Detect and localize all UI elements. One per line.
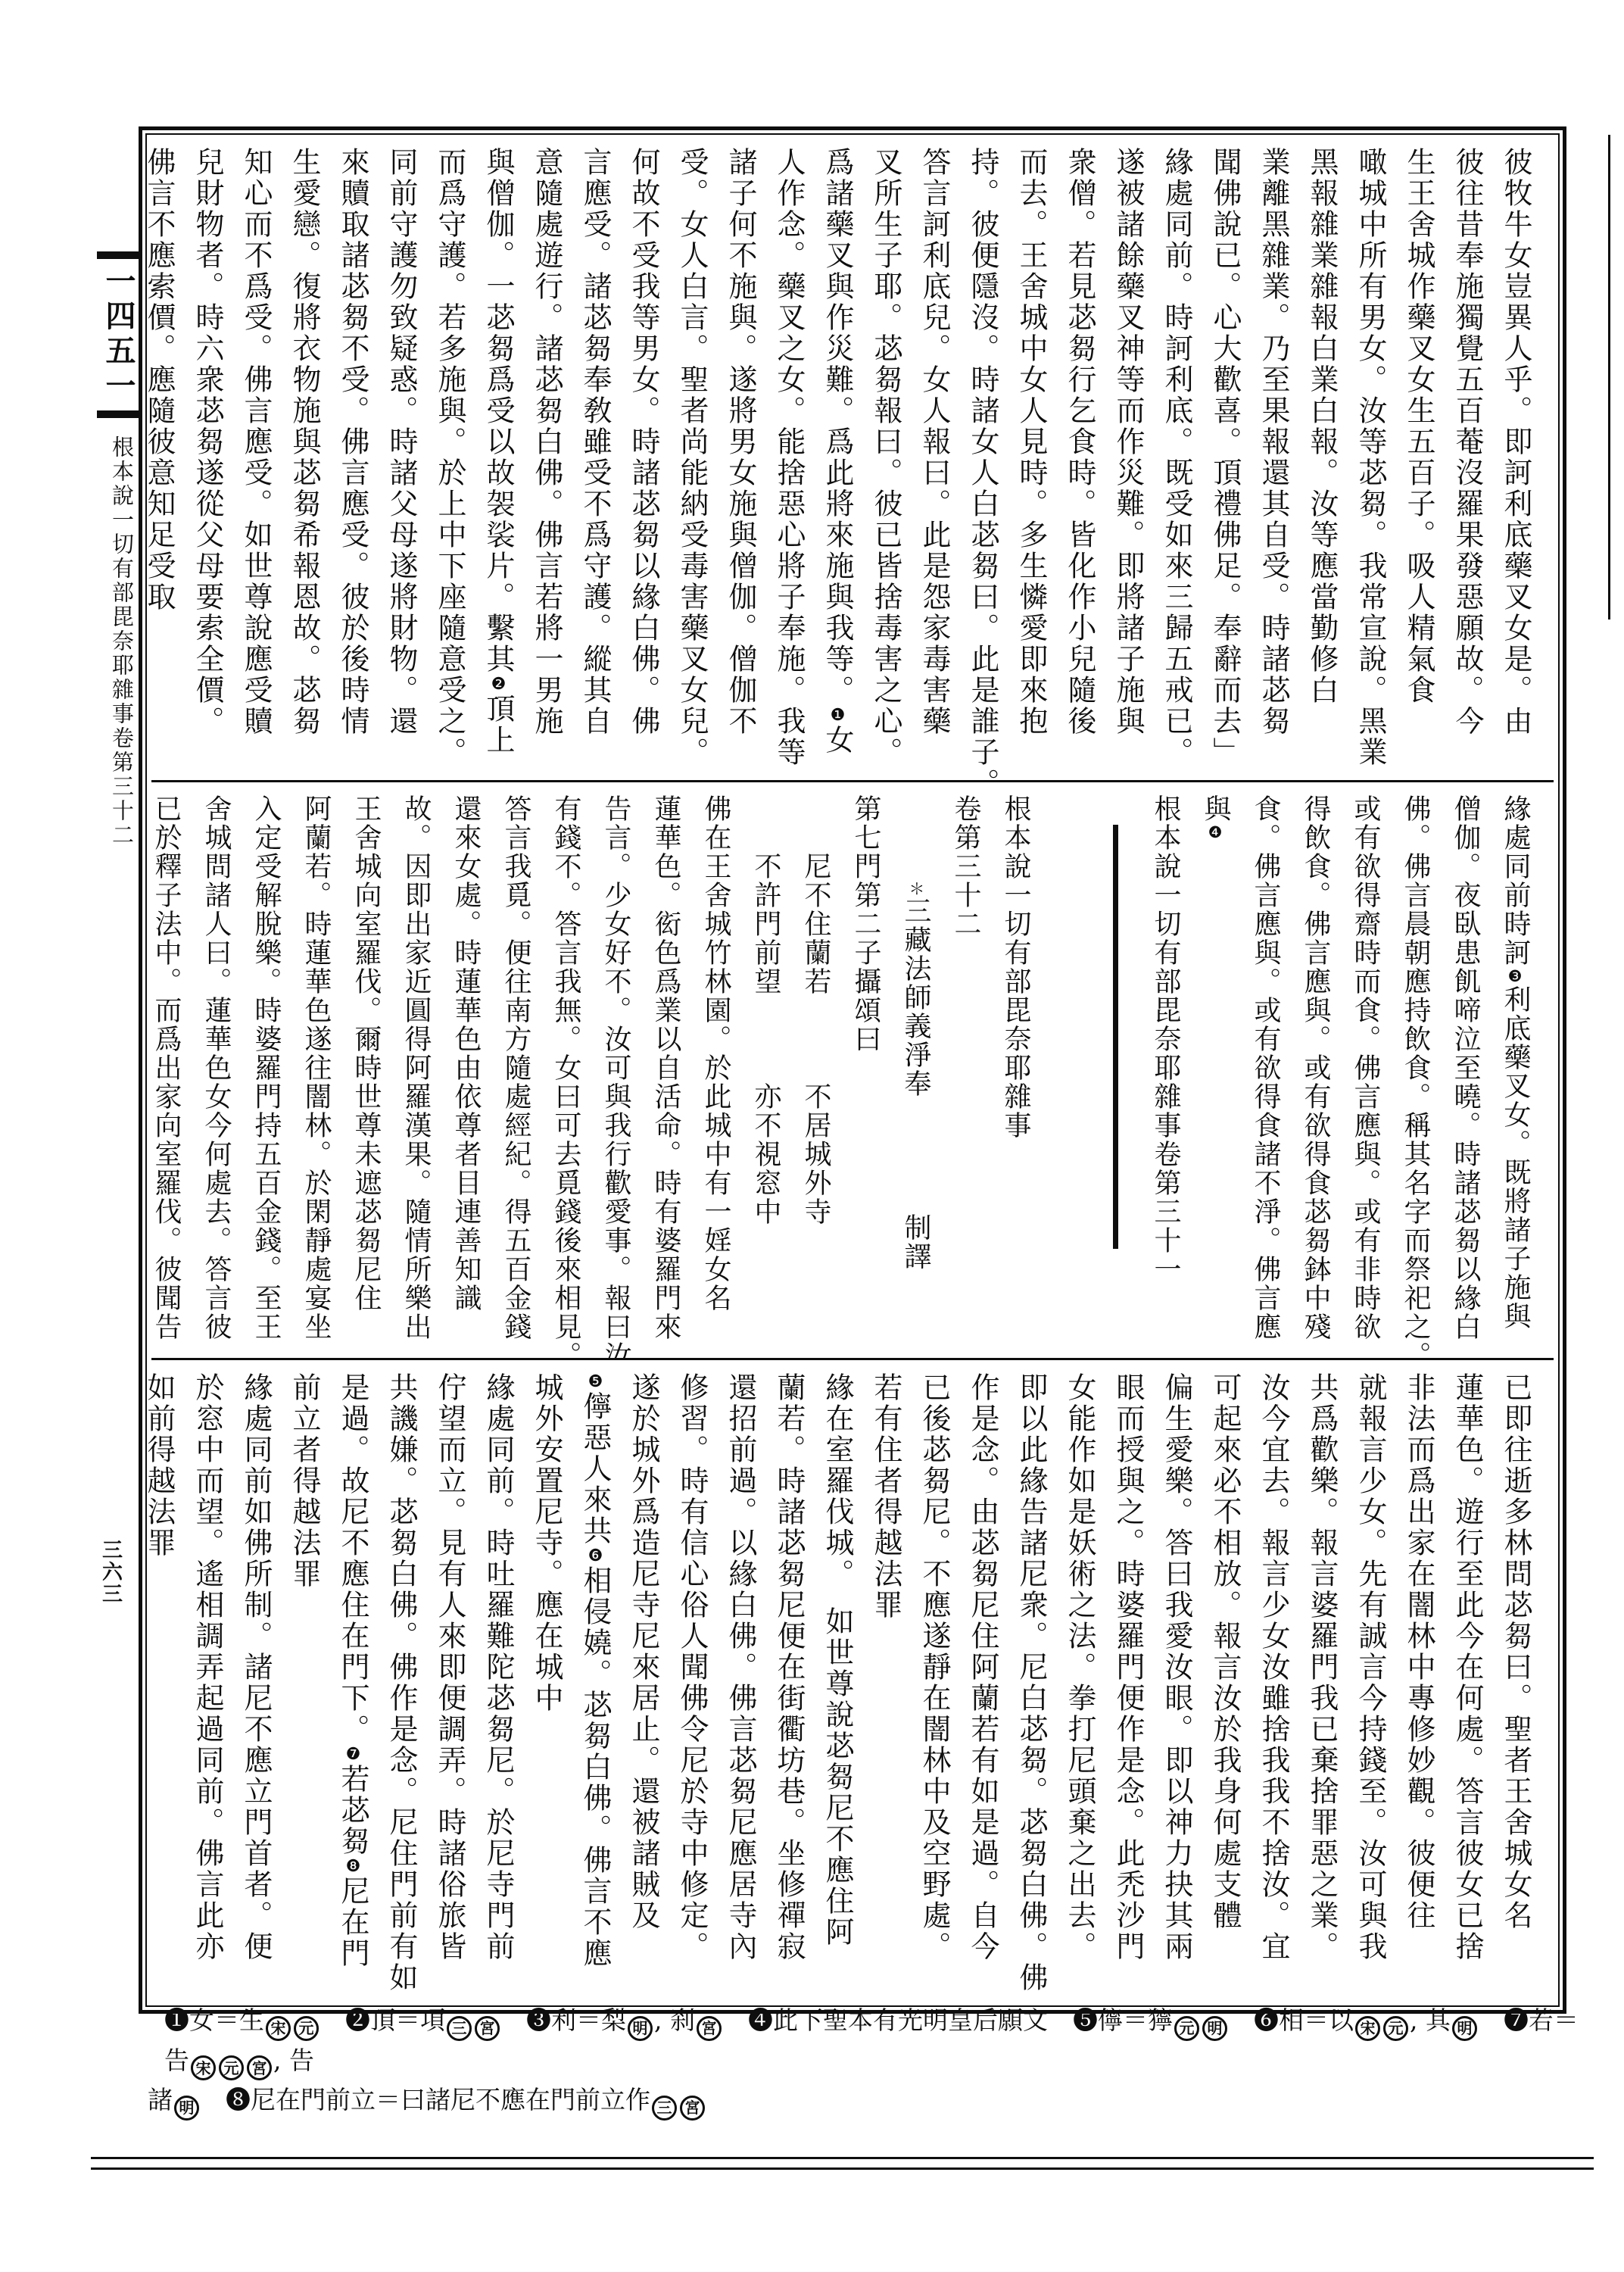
apparatus-line-1: ❶女＝生宋元 ❷頂＝項三宮 ❸利＝梨明, 刹宮 ❹此下聖本有光明皇后願文 ❺儜＝… bbox=[148, 2001, 1601, 2080]
column-text: 蓮華色。衒色爲業以自活命。時有婆羅門來 bbox=[652, 794, 679, 1341]
text-column: 得飲食。佛言應與。或有欲得食苾芻鉢中殘 bbox=[1290, 794, 1340, 1346]
text-column: 黑報雜業雜報白業白報。汝等應當勤修白 bbox=[1298, 147, 1346, 768]
text-column: 人作念。藥叉之女。能捨惡心將子奉施。我等 bbox=[765, 147, 813, 768]
folio-number: 三六三 bbox=[95, 1539, 125, 1605]
column-text: 若有住者得越法罪 bbox=[871, 1372, 900, 1621]
column-text: 緣處同前。時訶利底。既受如來三歸五戒已。 bbox=[1162, 147, 1191, 768]
text-column: 即以此緣告諸尼衆。尼白苾芻。苾芻白佛。佛 bbox=[1007, 1372, 1055, 1993]
text-column: 諸子何不施與。遂將男女施與僧伽。僧伽不 bbox=[716, 147, 765, 768]
text-column: ＊三藏法師義淨奉 制譯 bbox=[890, 794, 940, 1346]
edition-siglum: 三 bbox=[652, 2096, 677, 2121]
text-column: 答言我覓。便往南方隨處經紀。得五百金錢 bbox=[491, 794, 541, 1346]
text-block-frame: 彼牧牛女豈異人乎。即訶利底藥叉女是。由彼往昔奉施獨覺五百菴沒羅果發惡願故。今生王… bbox=[139, 126, 1566, 2014]
column-text: 尼不住蘭若 不居城外寺 bbox=[802, 794, 829, 1226]
column-text: 答言我覓。便往南方隨處經紀。得五百金錢 bbox=[502, 794, 529, 1341]
column-text: 來贖取諸苾芻不受。佛言應受。彼於後時情 bbox=[338, 147, 367, 737]
text-column: 噉城中所有男女。汝等苾芻。我常宣說。黑業 bbox=[1346, 147, 1395, 768]
text-column: 而爲守護。若多施與。於上中下座隨意受之。 bbox=[425, 147, 474, 768]
column-text: 王舍城向室羅伐。爾時世尊未遮苾芻尼住 bbox=[352, 794, 379, 1312]
text-column: 遂於城外爲造尼寺尼來居止。還被諸賊及 bbox=[619, 1372, 668, 1993]
text-column: 還招前過。以緣白佛。佛言苾芻尼應居寺內 bbox=[716, 1372, 765, 1993]
column-text: 第七門第二子攝頌曰 bbox=[852, 794, 879, 1053]
edition-siglum: 元 bbox=[1174, 2016, 1199, 2041]
text-column: 城外安置尼寺。應在城中 bbox=[522, 1372, 571, 1993]
column-text: 作是念。由苾芻尼住阿蘭若有如是過。自今 bbox=[968, 1372, 997, 1962]
text-column: 蘭若。時諸苾芻尼便在街衢坊巷。坐修禪寂 bbox=[765, 1372, 813, 1993]
bottom-register: 已即往逝多林問苾芻曰。聖者王舍城女名蓮華色。遊行至此今在何處。答言彼女已捨非法而… bbox=[147, 1360, 1558, 2005]
text-column: ❺儜惡人來共❻相侵嬈。苾芻白佛。佛言不應 bbox=[571, 1372, 619, 1993]
text-column: 可起來必不相放。報言汝於我身何處支體 bbox=[1201, 1372, 1249, 1993]
text-column: 有錢不。答言我無。女曰可去覓錢後來相見。 bbox=[541, 794, 591, 1346]
text-column: 僧伽。夜臥患飢啼泣至曉。時諸苾芻以緣白 bbox=[1440, 794, 1490, 1346]
column-text: 佇望而立。見有人來即便調弄。時諸俗旅皆 bbox=[435, 1372, 464, 1962]
text-column: 修習。時有信心俗人聞佛令尼於寺中修定。 bbox=[668, 1372, 716, 1993]
text-column: 前立者得越法罪 bbox=[280, 1372, 329, 1993]
column-text: 業離黑雜業。乃至果報還其自受。時諸苾芻 bbox=[1259, 147, 1288, 737]
edition-siglum: 三 bbox=[447, 2016, 472, 2041]
critical-apparatus: ❶女＝生宋元 ❷頂＝項三宮 ❸利＝梨明, 刹宮 ❹此下聖本有光明皇后願文 ❺儜＝… bbox=[148, 2001, 1601, 2121]
edition-siglum: 明 bbox=[174, 2096, 199, 2121]
text-column: 還來女處。時蓮華色由依尊者目連善知識 bbox=[441, 794, 491, 1346]
blank-column bbox=[1040, 794, 1090, 1346]
column-text: 而爲守護。若多施與。於上中下座隨意受之。 bbox=[435, 147, 464, 768]
text-column: 與僧伽。一苾芻爲受以故袈裟片。繫其❷頂上 bbox=[474, 147, 522, 768]
column-text: ❺儜惡人來共❻相侵嬈。苾芻白佛。佛言不應 bbox=[581, 1372, 609, 1969]
text-column: 入定受解脫樂。時婆羅門持五百金錢。至王 bbox=[241, 794, 291, 1346]
column-text: 得飲食。佛言應與。或有欲得食苾芻鉢中殘 bbox=[1301, 794, 1329, 1341]
footnote-marker: ❺ bbox=[586, 1372, 605, 1391]
column-text: 佛。佛言晨朝應持飲食。稱其名字而祭祀之。 bbox=[1401, 794, 1429, 1358]
column-text: 生王舍城作藥叉女生五百子。吸人精氣食 bbox=[1404, 147, 1433, 706]
text-column: 根本說一切有部毘奈耶雜事 bbox=[990, 794, 1040, 1346]
column-text: 告言。少女好不。汝可與我行歡愛事。報曰汝 bbox=[602, 794, 629, 1358]
text-column: 汝今宜去。報言少女汝雖捨我我不捨汝。宜 bbox=[1249, 1372, 1298, 1993]
text-column: 是過。故尼不應住在門下。❼若苾芻❽尼在門 bbox=[329, 1372, 377, 1993]
column-text: 不許門前望 亦不視窓中 bbox=[752, 794, 779, 1226]
scanned-sutra-page: 一四五一 根本說一切有部毘奈耶雜事卷第三十二 三六三 彼牧牛女豈異人乎。即訶利底… bbox=[0, 0, 1624, 2272]
column-text: 與僧伽。一苾芻爲受以故袈裟片。繫其❷頂上 bbox=[484, 147, 513, 756]
column-text: 知心而不爲受。佛言應受。如世尊說應受贖 bbox=[242, 147, 270, 737]
footnote-marker: ❹ bbox=[1206, 823, 1224, 841]
text-column: 共譏嫌。苾芻白佛。佛作是念。尼住門前有如 bbox=[377, 1372, 425, 1993]
column-text: 佛言不應索價。應隨彼意知足受取 bbox=[147, 147, 173, 613]
text-column: 佛。佛言晨朝應持飲食。稱其名字而祭祀之。 bbox=[1390, 794, 1440, 1346]
text-column: 爲諸藥叉與作災難。爲此將來施與我等。❶女 bbox=[813, 147, 862, 768]
column-text: 叉所生子耶。苾芻報曰。彼已皆捨毒害之心。 bbox=[871, 147, 900, 768]
column-text: 遂被諸餘藥叉神等而作災難。即將諸子施與 bbox=[1114, 147, 1142, 737]
column-text: 或有欲得齋時而食。佛言應與。或有非時欲 bbox=[1351, 794, 1379, 1341]
column-text: 舍城問諸人曰。蓮華色女今何處去。答言彼 bbox=[202, 794, 229, 1341]
text-column: 非法而爲出家在闇林中專修妙觀。彼便往 bbox=[1395, 1372, 1443, 1993]
text-column: 叉所生子耶。苾芻報曰。彼已皆捨毒害之心。 bbox=[862, 147, 910, 768]
margin-series-title: 根本說一切有部毘奈耶雜事卷第三十二 bbox=[107, 435, 138, 847]
text-column: 告言。少女好不。汝可與我行歡愛事。報曰汝 bbox=[591, 794, 641, 1346]
edition-siglum: 宋 bbox=[266, 2016, 291, 2041]
text-column: 共爲歡樂。報言婆羅門我已棄捨罪惡之業。 bbox=[1298, 1372, 1346, 1993]
text-column: 何故不受我等男女。時諸苾芻以緣白佛。佛 bbox=[619, 147, 668, 768]
column-text: 受。女人白言。聖者尚能納受毒害藥叉女兒。 bbox=[678, 147, 706, 768]
column-text: 共爲歡樂。報言婆羅門我已棄捨罪惡之業。 bbox=[1308, 1372, 1336, 1962]
column-text: 衆僧。若見苾芻行乞食時。皆化作小兒隨後 bbox=[1065, 147, 1094, 737]
column-text: 黑報雜業雜報白業白報。汝等應當勤修白 bbox=[1308, 147, 1336, 706]
text-column: 答言訶利底兒。女人報曰。此是怨家毒害藥 bbox=[910, 147, 959, 768]
column-text: 眼而授與之。時婆羅門便作是念。此禿沙門 bbox=[1114, 1372, 1142, 1962]
column-text: 噉城中所有男女。汝等苾芻。我常宣說。黑業 bbox=[1356, 147, 1385, 768]
text-column: 緣處同前時訶❸利底藥叉女。既將諸子施與 bbox=[1490, 794, 1540, 1346]
column-text: 緣處同前。時吐羅難陀苾芻尼。於尼寺門前 bbox=[484, 1372, 513, 1962]
column-text: 爲諸藥叉與作災難。爲此將來施與我等。❶女 bbox=[823, 147, 852, 756]
text-column: 生王舍城作藥叉女生五百子。吸人精氣食 bbox=[1395, 147, 1443, 768]
text-column: 受。女人白言。聖者尚能納受毒害藥叉女兒。 bbox=[668, 147, 716, 768]
column-text: 阿蘭若。時蓮華色遂往闇林。於閑靜處宴坐 bbox=[302, 794, 329, 1341]
edition-siglum: 宮 bbox=[697, 2016, 722, 2041]
column-text: 非法而爲出家在闇林中專修妙觀。彼便往 bbox=[1404, 1372, 1433, 1931]
text-column: 或有欲得齋時而食。佛言應與。或有非時欲 bbox=[1340, 794, 1390, 1346]
text-column: 故。因即出家近圓得阿羅漢果。隨情所樂出 bbox=[391, 794, 441, 1346]
bottom-rule bbox=[91, 2157, 1594, 2159]
edition-siglum: 宮 bbox=[680, 2096, 705, 2121]
column-text: 前立者得越法罪 bbox=[290, 1372, 319, 1590]
text-column: 緣處同前。時吐羅難陀苾芻尼。於尼寺門前 bbox=[474, 1372, 522, 1993]
bottom-rule bbox=[91, 2167, 1594, 2170]
column-text: 還招前過。以緣白佛。佛言苾芻尼應居寺內 bbox=[726, 1372, 755, 1962]
text-column: 彼往昔奉施獨覺五百菴沒羅果發惡願故。今 bbox=[1443, 147, 1492, 768]
text-column: 根本說一切有部毘奈耶雜事卷第三十一 bbox=[1140, 794, 1190, 1346]
column-text: 已後苾芻尼。不應遂靜在闇林中及空野處。 bbox=[920, 1372, 949, 1962]
text-column: 業離黑雜業。乃至果報還其自受。時諸苾芻 bbox=[1249, 147, 1298, 768]
column-text: 是過。故尼不應住在門下。❼若苾芻❽尼在門 bbox=[338, 1372, 367, 1969]
column-text: 遂於城外爲造尼寺尼來居止。還被諸賊及 bbox=[629, 1372, 658, 1931]
column-text: 諸子何不施與。遂將男女施與僧伽。僧伽不 bbox=[726, 147, 755, 737]
footnote-marker: ❽ bbox=[344, 1857, 363, 1876]
text-column: 知心而不爲受。佛言應受。如世尊說應受贖 bbox=[232, 147, 280, 768]
edition-siglum: 明 bbox=[1452, 2016, 1477, 2041]
text-column: 阿蘭若。時蓮華色遂往闇林。於閑靜處宴坐 bbox=[291, 794, 341, 1346]
text-column: 如前得越法罪 bbox=[147, 1372, 183, 1993]
column-text: 而去。王舍城中女人見時。多生憐愛即來抱 bbox=[1017, 147, 1046, 737]
column-text: 兒財物者。時六衆苾芻遂從父母要索全價。 bbox=[193, 147, 222, 737]
column-text: 偏生愛樂。答曰我愛汝眼。即以神力抉其兩 bbox=[1162, 1372, 1191, 1962]
column-text: 汝今宜去。報言少女汝雖捨我我不捨汝。宜 bbox=[1259, 1372, 1288, 1962]
column-text: 何故不受我等男女。時諸苾芻以緣白佛。佛 bbox=[629, 147, 658, 737]
text-column: 遂被諸餘藥叉神等而作災難。即將諸子施與 bbox=[1104, 147, 1152, 768]
apparatus-line-2: 諸明 ❽尼在門前立＝曰諸尼不應在門前立作三宮 bbox=[148, 2080, 1601, 2121]
column-text: 生愛戀。復將衣物施與苾芻希報恩故。苾芻 bbox=[290, 147, 319, 737]
footnote-marker: ❸ bbox=[1506, 967, 1524, 985]
column-text: 根本說一切有部毘奈耶雜事 bbox=[1002, 794, 1029, 1140]
column-text: 即以此緣告諸尼衆。尼白苾芻。苾芻白佛。佛 bbox=[1017, 1372, 1046, 1993]
text-column: 意隨處遊行。諸苾芻白佛。佛言若將一男施 bbox=[522, 147, 571, 768]
edition-siglum: 元 bbox=[1383, 2016, 1408, 2041]
footnote-marker: ❻ bbox=[586, 1546, 605, 1565]
column-text: 蘭若。時諸苾芻尼便在街衢坊巷。坐修禪寂 bbox=[775, 1372, 803, 1962]
text-column: 緣在室羅伐城。 如世尊說苾芻尼不應住阿 bbox=[813, 1372, 862, 1993]
column-text: 僧伽。夜臥患飢啼泣至曉。時諸苾芻以緣白 bbox=[1451, 794, 1479, 1341]
text-column: 作是念。由苾芻尼住阿蘭若有如是過。自今 bbox=[959, 1372, 1007, 1993]
edition-siglum: 宋 bbox=[1355, 2016, 1380, 2041]
text-column: 言應受。諸苾芻奉敎雖受不爲守護。縱其自 bbox=[571, 147, 619, 768]
column-text: 已即往逝多林問苾芻曰。聖者王舍城女名 bbox=[1501, 1372, 1530, 1931]
column-text: 入定受解脫樂。時婆羅門持五百金錢。至王 bbox=[252, 794, 279, 1341]
text-column: 已後苾芻尼。不應遂靜在闇林中及空野處。 bbox=[910, 1372, 959, 1993]
text-column: 同前守護勿致疑惑。時諸父母遂將財物。還 bbox=[377, 147, 425, 768]
text-column: 王舍城向室羅伐。爾時世尊未遮苾芻尼住 bbox=[341, 794, 391, 1346]
column-text: 女能作如是妖術之法。拳打尼頭棄之出去。 bbox=[1065, 1372, 1094, 1962]
text-column: 不許門前望 亦不視窓中 bbox=[740, 794, 790, 1346]
column-text: 佛在王舍城竹林園。於此城中有一婬女名 bbox=[702, 794, 729, 1312]
text-column: 於窓中而望。遙相調弄起過同前。佛言此亦 bbox=[183, 1372, 232, 1993]
column-text: 修習。時有信心俗人聞佛令尼於寺中修定。 bbox=[678, 1372, 706, 1962]
text-column: 已即往逝多林問苾芻曰。聖者王舍城女名 bbox=[1492, 1372, 1540, 1993]
text-column: 與❹ bbox=[1190, 794, 1240, 1346]
text-column: 尼不住蘭若 不居城外寺 bbox=[790, 794, 840, 1346]
column-text: 根本說一切有部毘奈耶雜事卷第三十一 bbox=[1152, 794, 1179, 1284]
column-text: 於窓中而望。遙相調弄起過同前。佛言此亦 bbox=[193, 1372, 222, 1962]
text-column: 蓮華色。衒色爲業以自活命。時有婆羅門來 bbox=[641, 794, 690, 1346]
column-text: 彼牧牛女豈異人乎。即訶利底藥叉女是。由 bbox=[1501, 147, 1530, 737]
text-number-label: 一四五一 bbox=[97, 251, 140, 418]
text-column: 生愛戀。復將衣物施與苾芻希報恩故。苾芻 bbox=[280, 147, 329, 768]
text-column: 聞佛說已。心大歡喜。頂禮佛足。奉辭而去」 bbox=[1201, 147, 1249, 768]
edition-siglum: 明 bbox=[1202, 2016, 1227, 2041]
footnote-marker: ❶ bbox=[828, 706, 847, 725]
text-column: 若有住者得越法罪 bbox=[862, 1372, 910, 1993]
text-column: 就報言少女。先有誠言今持錢至。汝可與我 bbox=[1346, 1372, 1395, 1993]
text-column: 眼而授與之。時婆羅門便作是念。此禿沙門 bbox=[1104, 1372, 1152, 1993]
column-text: 人作念。藥叉之女。能捨惡心將子奉施。我等 bbox=[775, 147, 803, 768]
column-text: ＊三藏法師義淨奉 制譯 bbox=[902, 794, 929, 1271]
juan-divider-rule bbox=[1090, 794, 1140, 1346]
column-text: 緣處同前如佛所制。諸尼不應立門首者。便 bbox=[242, 1372, 270, 1962]
edition-siglum: 明 bbox=[628, 2016, 653, 2041]
column-text: 故。因即出家近圓得阿羅漢果。隨情所樂出 bbox=[402, 794, 429, 1341]
column-text: 還來女處。時蓮華色由依尊者目連善知識 bbox=[452, 794, 479, 1312]
column-text: 緣處同前時訶❸利底藥叉女。既將諸子施與 bbox=[1501, 794, 1529, 1331]
text-column: 衆僧。若見苾芻行乞食時。皆化作小兒隨後 bbox=[1055, 147, 1104, 768]
footnote-marker: ＊ bbox=[906, 881, 924, 897]
edition-siglum: 宮 bbox=[475, 2016, 500, 2041]
text-column: 偏生愛樂。答曰我愛汝眼。即以神力抉其兩 bbox=[1152, 1372, 1201, 1993]
edition-siglum: 宮 bbox=[247, 2055, 272, 2080]
edition-siglum: 元 bbox=[294, 2016, 319, 2041]
column-text: 蓮華色。遊行至此今在何處。答言彼女已捨 bbox=[1453, 1372, 1482, 1962]
column-text: 就報言少女。先有誠言今持錢至。汝可與我 bbox=[1356, 1372, 1385, 1962]
column-text: 有錢不。答言我無。女曰可去覓錢後來相見。 bbox=[552, 794, 579, 1358]
footnote-marker: ❼ bbox=[344, 1745, 363, 1764]
column-text: 可起來必不相放。報言汝於我身何處支體 bbox=[1211, 1372, 1239, 1931]
column-text: 與❹ bbox=[1202, 794, 1229, 841]
column-text: 持。彼便隱沒。時諸女人白苾芻曰。此是誰子。 bbox=[968, 147, 997, 780]
column-text: 言應受。諸苾芻奉敎雖受不爲守護。縱其自 bbox=[581, 147, 609, 737]
top-register: 彼牧牛女豈異人乎。即訶利底藥叉女是。由彼往昔奉施獨覺五百菴沒羅果發惡願故。今生王… bbox=[147, 135, 1558, 780]
column-text: 意隨處遊行。諸苾芻白佛。佛言若將一男施 bbox=[532, 147, 561, 737]
column-text: 城外安置尼寺。應在城中 bbox=[532, 1372, 561, 1714]
edition-siglum: 元 bbox=[219, 2055, 244, 2080]
page-edge-line bbox=[1608, 135, 1610, 619]
text-column: 蓮華色。遊行至此今在何處。答言彼女已捨 bbox=[1443, 1372, 1492, 1993]
text-column: 佇望而立。見有人來即便調弄。時諸俗旅皆 bbox=[425, 1372, 474, 1993]
column-text: 聞佛說已。心大歡喜。頂禮佛足。奉辭而去」 bbox=[1211, 147, 1239, 768]
column-text: 共譏嫌。苾芻白佛。佛作是念。尼住門前有如 bbox=[387, 1372, 416, 1993]
text-column: 佛言不應索價。應隨彼意知足受取 bbox=[147, 147, 183, 768]
edition-siglum: 宋 bbox=[191, 2055, 216, 2080]
text-column: 已於釋子法中。而爲出家向室羅伐。彼聞告 bbox=[147, 794, 191, 1346]
text-column: 來贖取諸苾芻不受。佛言應受。彼於後時情 bbox=[329, 147, 377, 768]
text-column: 食。佛言應與。或有欲得食諸不淨。佛言應 bbox=[1240, 794, 1290, 1346]
column-text: 緣在室羅伐城。 如世尊說苾芻尼不應住阿 bbox=[823, 1372, 852, 1948]
text-block-inner: 彼牧牛女豈異人乎。即訶利底藥叉女是。由彼往昔奉施獨覺五百菴沒羅果發惡願故。今生王… bbox=[145, 133, 1560, 2007]
text-column: 兒財物者。時六衆苾芻遂從父母要索全價。 bbox=[183, 147, 232, 768]
column-text: 已於釋子法中。而爲出家向室羅伐。彼聞告 bbox=[152, 794, 179, 1341]
text-column: 舍城問諸人曰。蓮華色女今何處去。答言彼 bbox=[191, 794, 241, 1346]
column-text: 食。佛言應與。或有欲得食諸不淨。佛言應 bbox=[1252, 794, 1279, 1341]
text-column: 女能作如是妖術之法。拳打尼頭棄之出去。 bbox=[1055, 1372, 1104, 1993]
text-column: 持。彼便隱沒。時諸女人白苾芻曰。此是誰子。 bbox=[959, 147, 1007, 768]
footnote-marker: ❷ bbox=[489, 675, 508, 694]
text-column: 卷第三十二 bbox=[940, 794, 990, 1346]
column-text: 如前得越法罪 bbox=[147, 1372, 173, 1559]
text-column: 第七門第二子攝頌曰 bbox=[840, 794, 890, 1346]
text-column: 緣處同前。時訶利底。既受如來三歸五戒已。 bbox=[1152, 147, 1201, 768]
text-column: 佛在王舍城竹林園。於此城中有一婬女名 bbox=[690, 794, 740, 1346]
text-column: 而去。王舍城中女人見時。多生憐愛即來抱 bbox=[1007, 147, 1055, 768]
text-column: 緣處同前如佛所制。諸尼不應立門首者。便 bbox=[232, 1372, 280, 1993]
column-text: 答言訶利底兒。女人報曰。此是怨家毒害藥 bbox=[920, 147, 949, 737]
middle-register: 緣處同前時訶❸利底藥叉女。既將諸子施與僧伽。夜臥患飢啼泣至曉。時諸苾芻以緣白佛。… bbox=[147, 782, 1558, 1358]
column-text: 卷第三十二 bbox=[952, 794, 979, 938]
column-text: 同前守護勿致疑惑。時諸父母遂將財物。還 bbox=[387, 147, 416, 737]
text-column: 彼牧牛女豈異人乎。即訶利底藥叉女是。由 bbox=[1492, 147, 1540, 768]
column-text: 彼往昔奉施獨覺五百菴沒羅果發惡願故。今 bbox=[1453, 147, 1482, 737]
